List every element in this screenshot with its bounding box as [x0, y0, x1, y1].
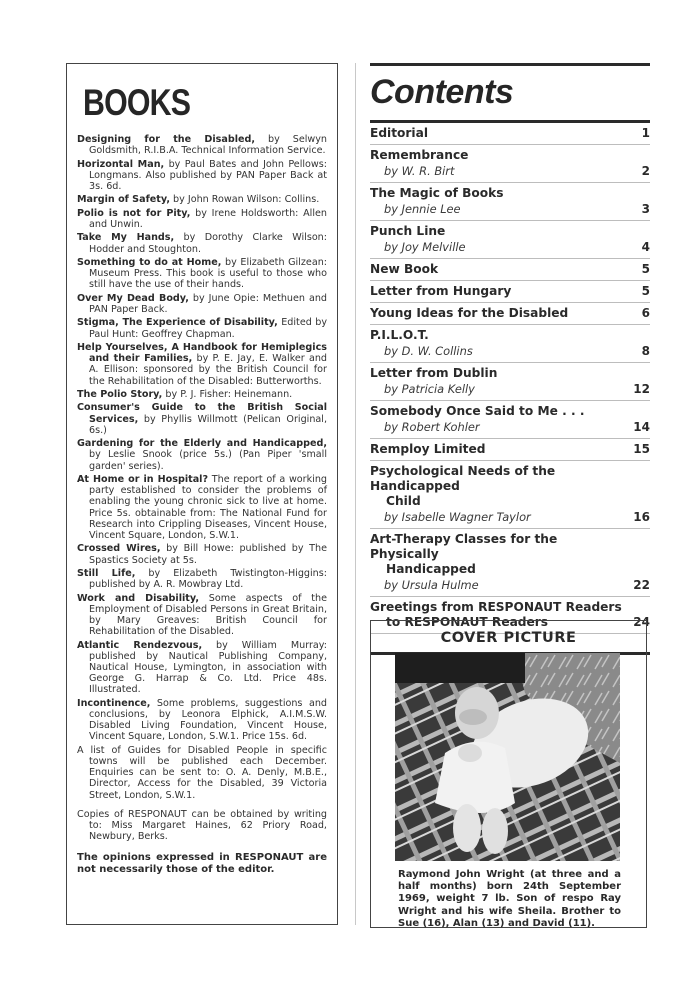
- book-title: Take My Hands,: [77, 232, 174, 243]
- toc-title: Punch Line: [370, 224, 650, 239]
- toc-item[interactable]: Somebody Once Said to Me . . .by Robert …: [370, 401, 650, 439]
- book-entry: Help Yourselves, A Handbook for Hemipleg…: [77, 342, 327, 387]
- book-title: Stigma, The Experience of Disability,: [77, 317, 278, 328]
- books-heading: BOOKS: [83, 82, 283, 124]
- book-entry: Gardening for the Elderly and Handicappe…: [77, 438, 327, 472]
- toc-title: Psychological Needs of the HandicappedCh…: [370, 464, 650, 509]
- toc-item[interactable]: Letter from Dublinby Patricia Kelly12: [370, 363, 650, 401]
- cover-photo: [395, 653, 620, 861]
- cover-picture-box: COVER PICTURE: [370, 620, 647, 928]
- toc-title-line: Young Ideas for the Disabled: [370, 306, 568, 320]
- book-entry: At Home or in Hospital? The report of a …: [77, 474, 327, 541]
- book-entry: Horizontal Man, by Paul Bates and John P…: [77, 159, 327, 193]
- toc-item[interactable]: Remembranceby W. R. Birt2: [370, 145, 650, 183]
- book-details: by Leslie Snook (price 5s.) (Pan Piper '…: [89, 449, 327, 471]
- toc-title: Letter from Dublin: [370, 366, 650, 381]
- book-title: Crossed Wires,: [77, 543, 161, 554]
- book-entry: Consumer's Guide to the British Social S…: [77, 402, 327, 436]
- book-title: Incontinence,: [77, 698, 150, 709]
- toc-title-line: Editorial: [370, 126, 428, 140]
- toc-item[interactable]: Letter from Hungary5: [370, 281, 650, 303]
- toc-item[interactable]: New Book5: [370, 259, 650, 281]
- guides-note: A list of Guides for Disabled People in …: [77, 745, 327, 801]
- toc-title-line: Psychological Needs of the Handicapped: [370, 464, 555, 493]
- book-title: Over My Dead Body,: [77, 293, 189, 304]
- toc-title-continuation: Handicapped: [370, 562, 624, 577]
- toc-page-number: 15: [633, 442, 650, 456]
- toc-page-number: 2: [642, 164, 650, 178]
- toc-author: by W. R. Birt: [370, 163, 650, 179]
- book-entry: Stigma, The Experience of Disability, Ed…: [77, 317, 327, 339]
- toc-title-line: P.I.L.O.T.: [370, 328, 429, 342]
- book-title: Work and Disability,: [77, 593, 199, 604]
- toc-page-number: 22: [633, 578, 650, 592]
- book-list: Designing for the Disabled, by Selwyn Go…: [77, 134, 327, 743]
- toc-title: New Book: [370, 262, 650, 277]
- toc-title: The Magic of Books: [370, 186, 650, 201]
- toc-page-number: 4: [642, 240, 650, 254]
- book-entry: Something to do at Home, by Elizabeth Gi…: [77, 257, 327, 291]
- toc-author: by Robert Kohler: [370, 419, 650, 435]
- books-panel: BOOKS Designing for the Disabled, by Sel…: [66, 63, 338, 925]
- toc-title-line: Remembrance: [370, 148, 468, 162]
- toc-page-number: 14: [633, 420, 650, 434]
- toc-item[interactable]: Psychological Needs of the HandicappedCh…: [370, 461, 650, 529]
- book-details: by John Rowan Wilson: Collins.: [170, 194, 319, 205]
- toc-page-number: 3: [642, 202, 650, 216]
- toc-title-line: Punch Line: [370, 224, 445, 238]
- toc-page-number: 8: [642, 344, 650, 358]
- book-title: Atlantic Rendezvous,: [77, 640, 202, 651]
- toc-title-line: Letter from Hungary: [370, 284, 511, 298]
- toc-item[interactable]: The Magic of Booksby Jennie Lee3: [370, 183, 650, 221]
- book-title: Still Life,: [77, 568, 135, 579]
- contents-panel: Contents Editorial1Remembranceby W. R. B…: [370, 63, 650, 655]
- toc-title: Remploy Limited: [370, 442, 650, 457]
- toc-title: Remembrance: [370, 148, 650, 163]
- book-entry: Atlantic Rendezvous, by William Murray: …: [77, 640, 327, 696]
- cover-caption: Raymond John Wright (at three and a half…: [398, 869, 621, 930]
- toc-item[interactable]: Editorial1: [370, 123, 650, 145]
- book-title: At Home or in Hospital?: [77, 474, 208, 485]
- toc-title-line: Somebody Once Said to Me . . .: [370, 404, 585, 418]
- contents-heading: Contents: [370, 66, 650, 120]
- toc-title: Art-Therapy Classes for the PhysicallyHa…: [370, 532, 650, 577]
- toc-page-number: 6: [642, 306, 650, 320]
- book-title: Margin of Safety,: [77, 194, 170, 205]
- toc-author: by D. W. Collins: [370, 343, 650, 359]
- toc-page-number: 16: [633, 510, 650, 524]
- toc-author: by Joy Melville: [370, 239, 650, 255]
- baby-photo-icon: [395, 653, 620, 861]
- toc-title-line: Remploy Limited: [370, 442, 485, 456]
- book-entry: Still Life, by Elizabeth Twistington-Hig…: [77, 568, 327, 590]
- toc-title: Editorial: [370, 126, 650, 141]
- book-entry: Polio is not for Pity, by Irene Holdswor…: [77, 208, 327, 230]
- toc-item[interactable]: Young Ideas for the Disabled6: [370, 303, 650, 325]
- toc-title-line: Art-Therapy Classes for the Physically: [370, 532, 557, 561]
- toc-author: by Isabelle Wagner Taylor: [370, 509, 650, 525]
- toc-author: by Ursula Hulme: [370, 577, 650, 593]
- toc-item[interactable]: Art-Therapy Classes for the PhysicallyHa…: [370, 529, 650, 597]
- toc-item[interactable]: Remploy Limited15: [370, 439, 650, 461]
- column-divider: [355, 63, 356, 925]
- toc-title: P.I.L.O.T.: [370, 328, 650, 343]
- book-title: Designing for the Disabled,: [77, 134, 255, 145]
- opinion-disclaimer: The opinions expressed in RESPONAUT are …: [77, 852, 327, 876]
- toc-item[interactable]: P.I.L.O.T.by D. W. Collins8: [370, 325, 650, 363]
- book-title: Horizontal Man,: [77, 159, 164, 170]
- book-entry: The Polio Story, by P. J. Fisher: Heinem…: [77, 389, 327, 400]
- toc-title-line: New Book: [370, 262, 438, 276]
- book-details: by P. J. Fisher: Heinemann.: [162, 389, 292, 400]
- toc-title-line: Greetings from RESPONAUT Readers: [370, 600, 622, 614]
- toc-list: Editorial1Remembranceby W. R. Birt2The M…: [370, 123, 650, 634]
- copies-note: Copies of RESPONAUT can be obtained by w…: [77, 809, 327, 843]
- toc-author: by Jennie Lee: [370, 201, 650, 217]
- toc-title: Somebody Once Said to Me . . .: [370, 404, 650, 419]
- toc-title: Young Ideas for the Disabled: [370, 306, 650, 321]
- toc-title-line: The Magic of Books: [370, 186, 504, 200]
- toc-title-line: Letter from Dublin: [370, 366, 497, 380]
- book-entry: Work and Disability, Some aspects of the…: [77, 593, 327, 638]
- toc-title: Letter from Hungary: [370, 284, 650, 299]
- book-title: Gardening for the Elderly and Handicappe…: [77, 438, 327, 449]
- toc-page-number: 12: [633, 382, 650, 396]
- book-entry: Take My Hands, by Dorothy Clarke Wilson:…: [77, 232, 327, 254]
- toc-title-continuation: Child: [370, 494, 624, 509]
- book-title: Something to do at Home,: [77, 257, 221, 268]
- toc-item[interactable]: Punch Lineby Joy Melville4: [370, 221, 650, 259]
- toc-author: by Patricia Kelly: [370, 381, 650, 397]
- book-title: Polio is not for Pity,: [77, 208, 190, 219]
- book-entry: Over My Dead Body, by June Opie: Methuen…: [77, 293, 327, 315]
- toc-page-number: 5: [642, 262, 650, 276]
- cover-heading: COVER PICTURE: [371, 629, 646, 647]
- book-entry: Incontinence, Some problems, suggestions…: [77, 698, 327, 743]
- toc-page-number: 5: [642, 284, 650, 298]
- book-entry: Margin of Safety, by John Rowan Wilson: …: [77, 194, 327, 205]
- book-entry: Crossed Wires, by Bill Howe: published b…: [77, 543, 327, 565]
- toc-page-number: 1: [642, 126, 650, 140]
- book-title: The Polio Story,: [77, 389, 162, 400]
- book-entry: Designing for the Disabled, by Selwyn Go…: [77, 134, 327, 156]
